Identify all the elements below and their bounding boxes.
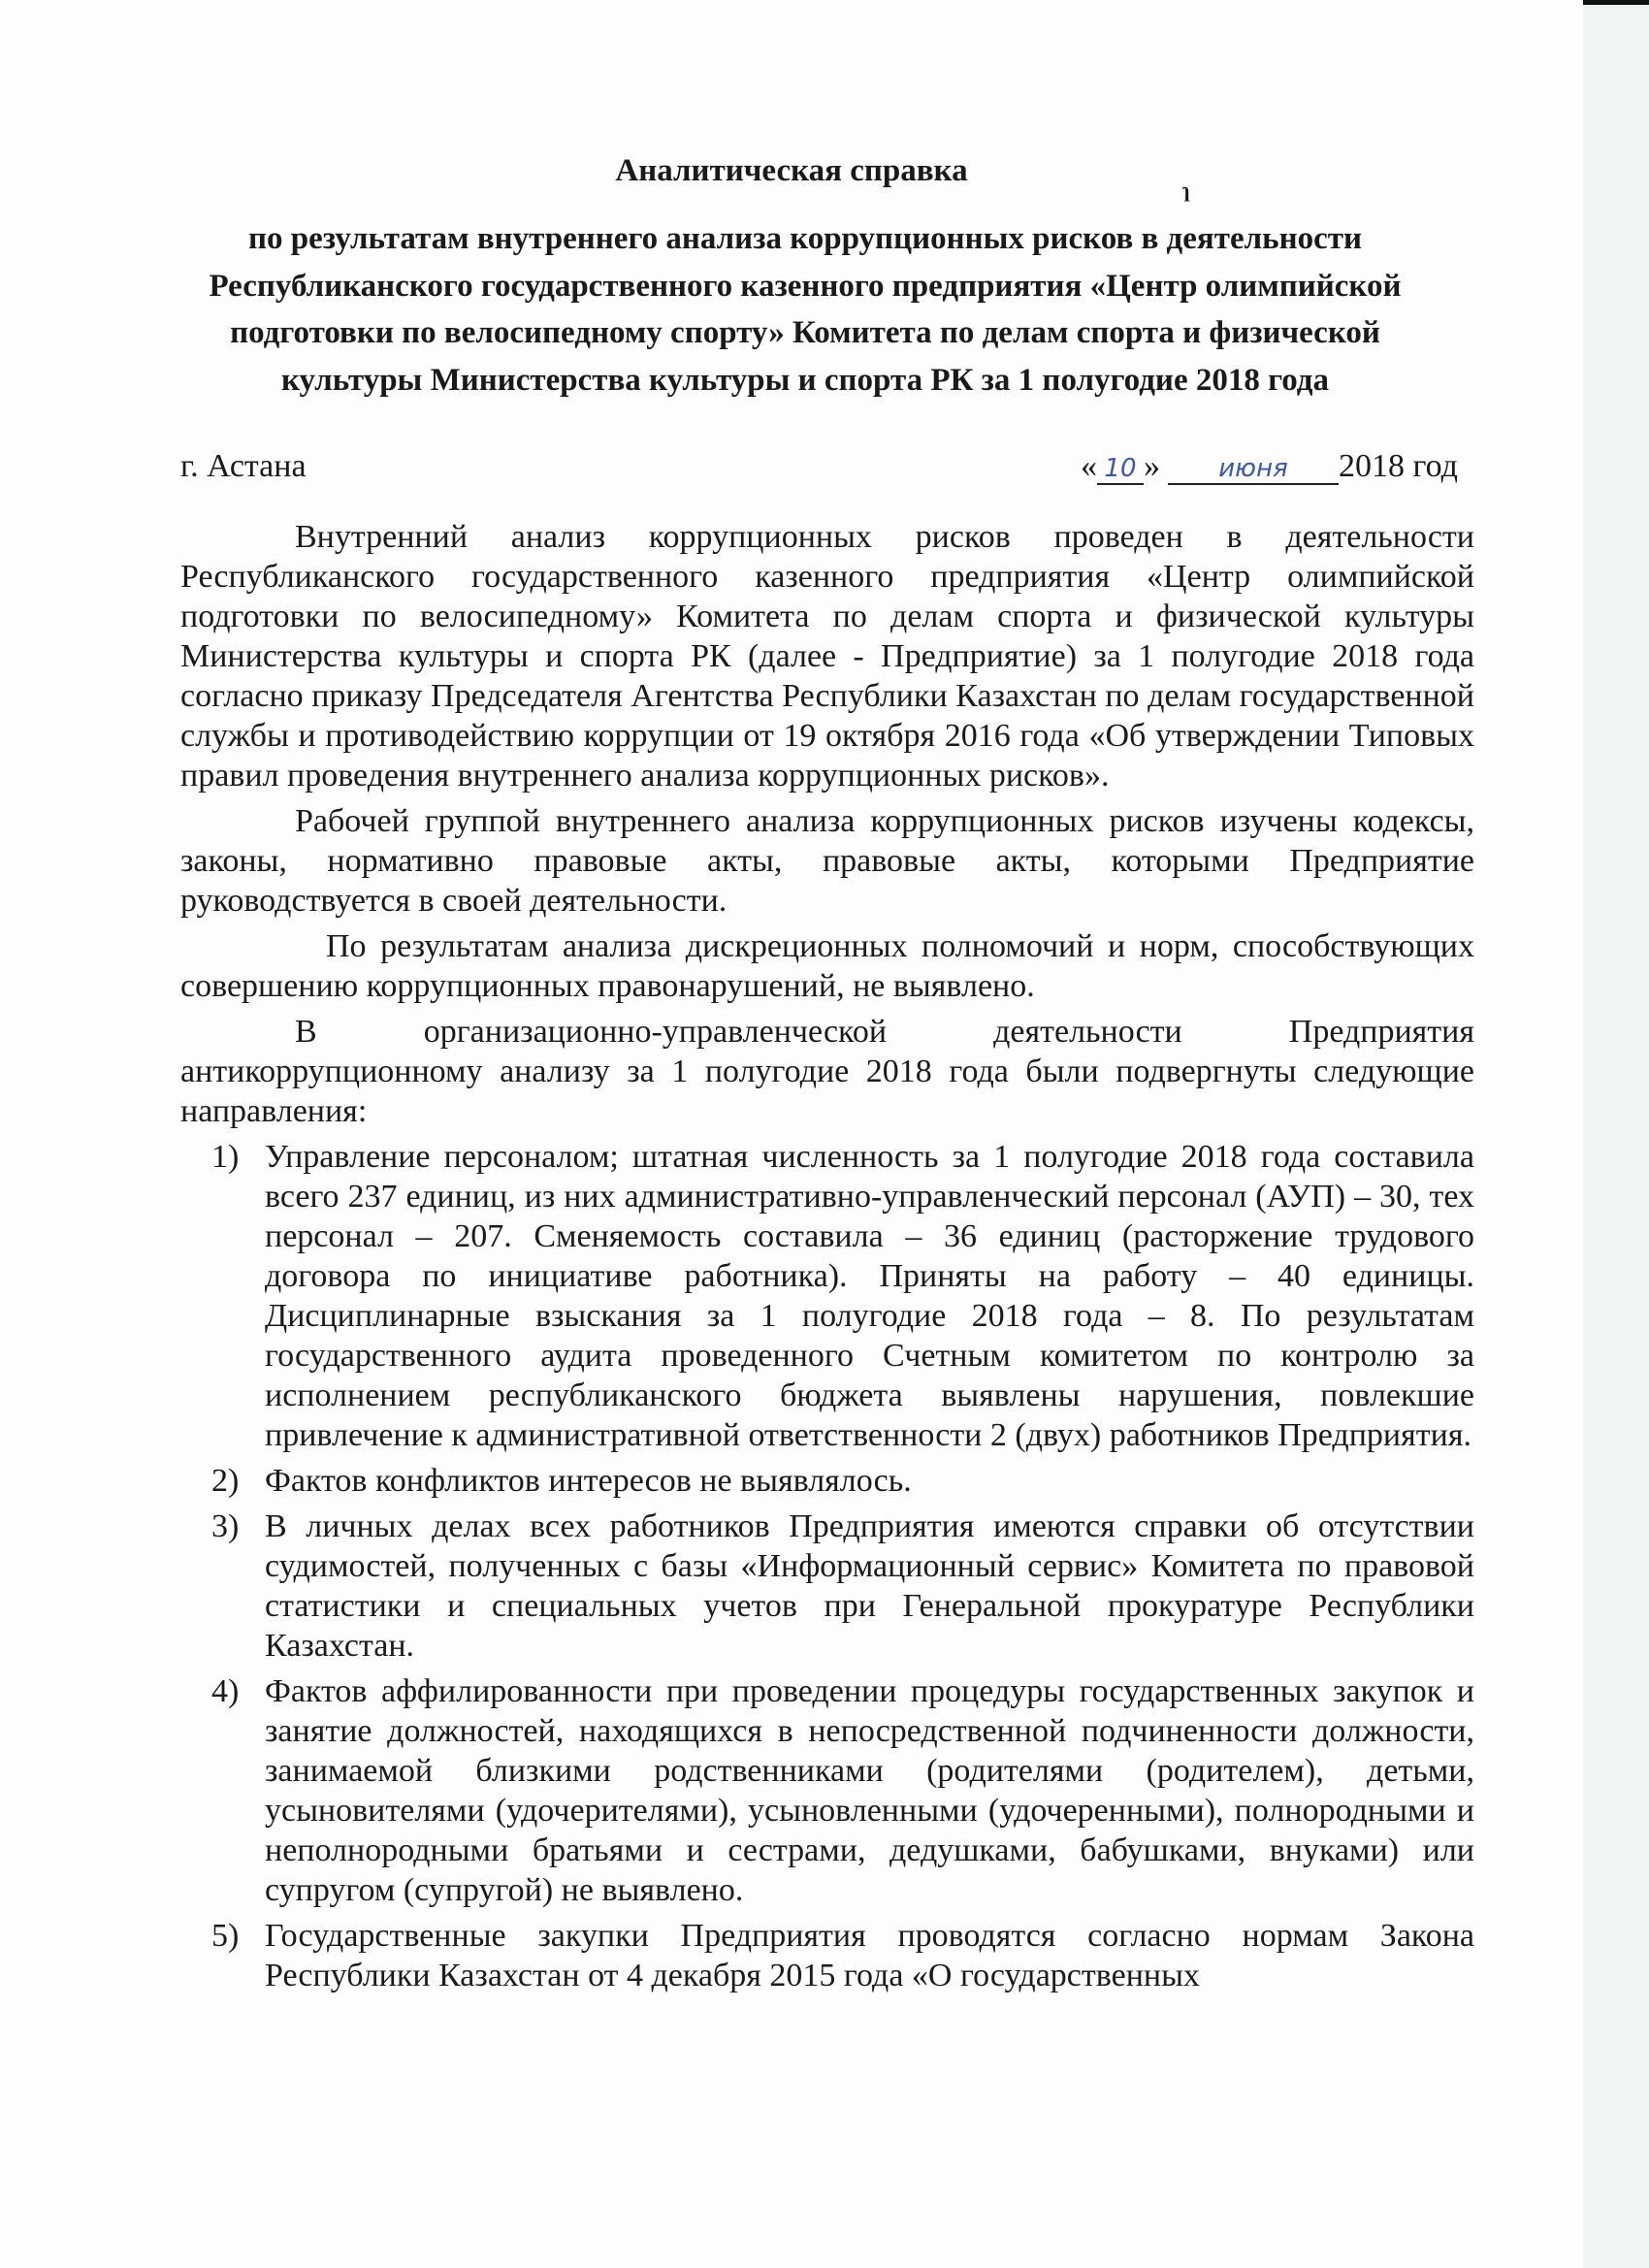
list-item: 3)В личных делах всех работников Предпри… [180, 1507, 1474, 1666]
directions-list: 1)Управление персоналом; штатная численн… [180, 1137, 1474, 1995]
list-item-text: Фактов аффилированности при проведении п… [265, 1673, 1474, 1908]
list-item-text: Государственные закупки Предприятия пров… [265, 1918, 1474, 1993]
scan-edge-strip [1583, 5, 1649, 2268]
paragraph-directions: В организационно-управленческой деятельн… [180, 1012, 1474, 1131]
paragraph-intro: Внутренний анализ коррупционных рисков п… [180, 517, 1474, 795]
document-title: Аналитическая справка [0, 153, 1583, 189]
list-item-text: Фактов конфликтов интересов не выявлялос… [265, 1463, 912, 1499]
document-subtitle: по результатам внутреннего анализа корру… [194, 215, 1416, 404]
list-item: 2) Фактов конфликтов интересов не выявля… [180, 1461, 1474, 1501]
date-year: 2018 год [1339, 448, 1458, 484]
date-open-quote: « [1081, 448, 1097, 484]
list-item-number: 5) [211, 1916, 239, 1956]
list-item-text: Управление персоналом; штатная численнос… [265, 1139, 1474, 1453]
list-item-number: 4) [211, 1671, 239, 1711]
paragraph-discretionary: По результатам анализа дискреционных пол… [180, 926, 1474, 1006]
list-item-number: 3) [211, 1507, 239, 1546]
date-day-handwritten: 10 [1097, 454, 1144, 485]
list-item-number: 1) [211, 1137, 239, 1177]
city-label: г. Астана [180, 448, 307, 485]
document-page: Аналитическая справка ɿ по результатам в… [0, 0, 1583, 2268]
list-item: 1)Управление персоналом; штатная численн… [180, 1137, 1474, 1455]
list-item: 4)Фактов аффилированности при проведении… [180, 1671, 1474, 1910]
paragraph-working-group: Рабочей группой внутреннего анализа корр… [180, 801, 1474, 921]
document-date: «10»июня2018 год [1081, 448, 1458, 485]
document-body: Внутренний анализ коррупционных рисков п… [180, 517, 1474, 2001]
handwritten-mark: ɿ [1181, 178, 1190, 203]
date-close-quote: » [1144, 448, 1160, 484]
list-item: 5)Государственные закупки Предприятия пр… [180, 1916, 1474, 1995]
list-item-number: 2) [211, 1461, 239, 1501]
date-month-handwritten: июня [1168, 454, 1339, 485]
list-item-text: В личных делах всех работников Предприят… [265, 1508, 1474, 1664]
